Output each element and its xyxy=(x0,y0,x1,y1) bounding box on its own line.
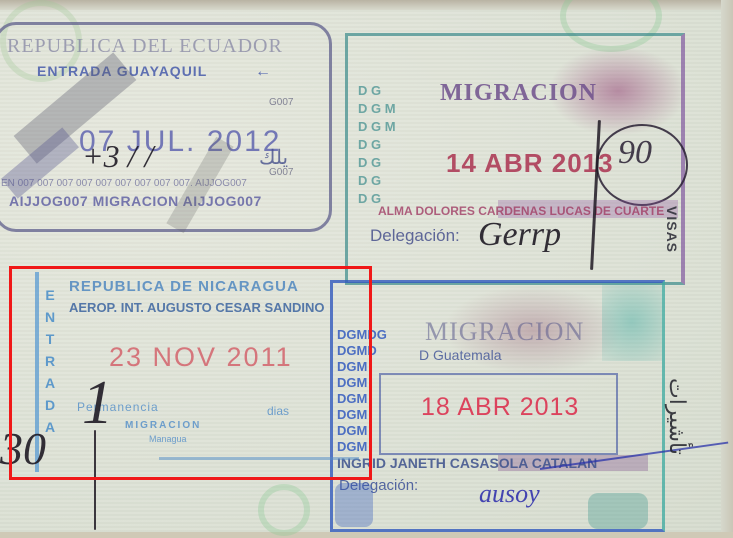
guatemala-stamp-title: MIGRACION xyxy=(440,80,597,107)
officer-signature: ausoy xyxy=(479,479,540,509)
officer-name: INGRID JANETH CASASOLA CATALAN xyxy=(337,455,597,471)
ecuador-stamp-code: G007 xyxy=(269,97,293,108)
arabic-annotation: تأشيرات xyxy=(664,378,690,455)
guatemala-visa-stamp: D G D G M D G M D G D G D G D G MIGRACIO… xyxy=(345,33,685,285)
ecuador-stamp-footer: AIJJOG007 MIGRACION AIJJOG007 xyxy=(9,193,262,209)
ecuador-stamp-title: REPUBLICA DEL ECUADOR xyxy=(7,35,283,58)
officer-signature: Gerrp xyxy=(478,216,561,254)
ornament-emblem xyxy=(588,493,648,529)
handwritten-note: +3 / / xyxy=(82,138,153,175)
visas-label: VISAS xyxy=(664,206,680,253)
guatemala-entry-stamp: DGMDG DGMD DGM DGM DGM DGM DGM DGM MIGRA… xyxy=(330,280,665,532)
delegation-label: Delegación: xyxy=(370,226,460,246)
guatemala-stamp-title: MIGRACION xyxy=(425,317,584,347)
circled-number: 90 xyxy=(618,134,652,172)
ornament-emblem xyxy=(335,483,373,527)
dgm-column: D G D G M D G M D G D G D G D G xyxy=(358,82,396,208)
page-bottom-edge xyxy=(0,532,733,538)
teal-emblem xyxy=(602,283,662,361)
guatemala-stamp-date: 14 ABR 2013 xyxy=(446,148,614,179)
highlight-box xyxy=(9,266,372,480)
page-right-edge xyxy=(721,0,733,538)
arrow-left-icon: ← xyxy=(255,63,271,81)
guatemala-stamp-date: 18 ABR 2013 xyxy=(421,393,579,422)
watermark-ring xyxy=(258,484,310,536)
passport-page: REPUBLICA DEL ECUADOR ENTRADA GUAYAQUIL … xyxy=(0,0,733,538)
ecuador-stamp-code: G007 xyxy=(269,167,293,178)
guatemala-city-label: D Guatemala xyxy=(419,347,501,363)
